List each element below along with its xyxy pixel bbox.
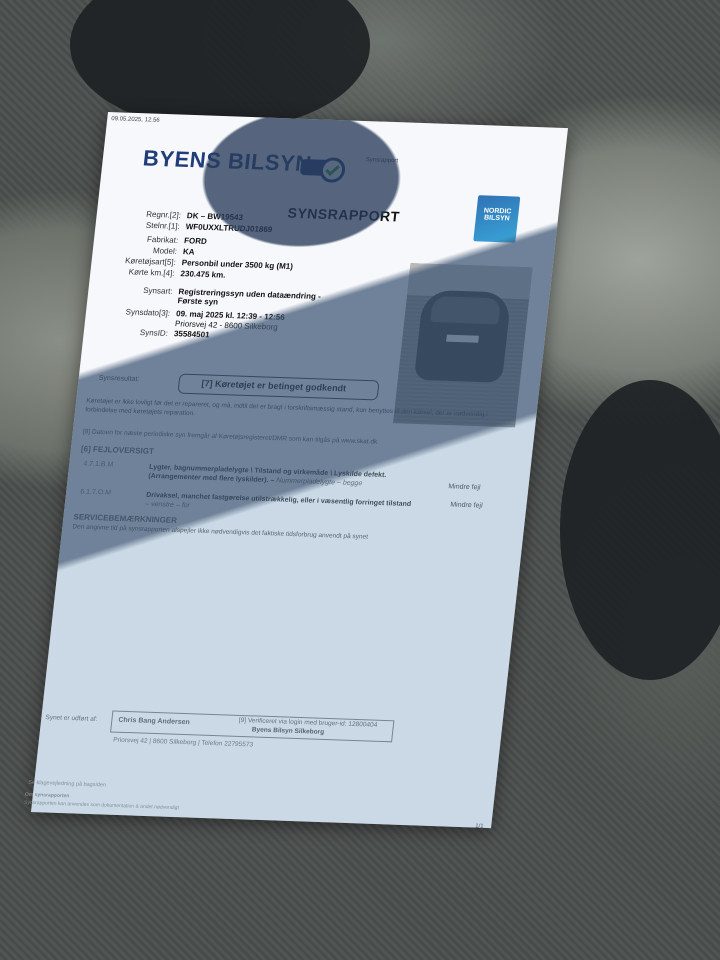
fault-code: 6.1.7.O.M bbox=[80, 488, 112, 496]
next-inspection-note: [8] Datoen for næste periodiske syn frem… bbox=[82, 428, 377, 445]
header-right-label: Synsrapport bbox=[365, 157, 398, 164]
nordic-bilsyn-badge: NORDIC BILSYN bbox=[473, 195, 520, 242]
inspection-result: [7] Køretøjet er betinget godkendt bbox=[201, 378, 347, 393]
field-label: Kørte km.[4]: bbox=[94, 266, 175, 278]
report-title: SYNSRAPPORT bbox=[287, 205, 401, 225]
fault-severity: Mindre fejl bbox=[448, 483, 481, 491]
footer-complaint-note: Se klagevejledning på bagsiden bbox=[28, 780, 106, 789]
print-timestamp: 09.05.2025, 12.56 bbox=[111, 116, 160, 124]
field-label: Synsart: bbox=[92, 284, 173, 296]
make: FORD bbox=[184, 236, 208, 246]
field-label: Køretøjsart[5]: bbox=[95, 255, 176, 267]
service-note: Den angivne tid på synsrapporten afspejl… bbox=[72, 523, 368, 540]
field-label: Synsdato[3]: bbox=[90, 306, 171, 318]
station-name: Byens Bilsyn Silkeborg bbox=[251, 726, 324, 736]
inspection-type: Registreringssyn uden dataændring - Førs… bbox=[177, 287, 329, 310]
signature-label: Synet er udført af: bbox=[45, 714, 98, 723]
fault-description: Lygter, bagnummerpladelygte \ Tilstand o… bbox=[148, 463, 430, 491]
vin-number: WF0UXXLTRUDJ01869 bbox=[185, 222, 273, 234]
model: KA bbox=[182, 247, 195, 256]
station-address: Priorsvej 42 | 8600 Silkeborg | Telefon … bbox=[113, 737, 254, 749]
fault-detail: Nummerpladelygte – begge bbox=[276, 477, 363, 487]
fault-description: Drivaksel, manchet fastgørelse utilstræk… bbox=[145, 491, 447, 520]
inspector-name: Chris Bang Andersen bbox=[118, 717, 190, 726]
faults-heading: [6] FEJLOVERSIGT bbox=[80, 444, 154, 456]
field-label: Stelnr.[1]: bbox=[99, 219, 180, 231]
company-logo: BYENS BILSYN bbox=[142, 145, 313, 177]
field-label: Fabrikat: bbox=[98, 233, 179, 245]
inspection-report-paper: 09.05.2025, 12.56 Synsrapport BYENS BILS… bbox=[31, 112, 568, 828]
result-label: Synsresultat: bbox=[98, 375, 139, 383]
fault-severity: Mindre fejl bbox=[450, 501, 483, 509]
page-number: 1/1 bbox=[475, 824, 484, 830]
vehicle-photo bbox=[393, 263, 533, 427]
inspection-id: 35584501 bbox=[173, 329, 210, 339]
inspection-result-box: [7] Køretøjet er betinget godkendt bbox=[177, 374, 379, 401]
field-label: Regnr.[2]: bbox=[100, 208, 181, 220]
field-label: SynsID: bbox=[87, 326, 168, 338]
odometer: 230.475 km. bbox=[180, 269, 226, 280]
car-check-logo-icon bbox=[297, 151, 349, 187]
registration-number: DK – BW19543 bbox=[186, 211, 243, 222]
fault-detail: – venstre – for bbox=[145, 501, 191, 510]
footer-about-text: Synsrapporten kan anvendes som dokumenta… bbox=[24, 800, 179, 811]
fault-code: 4.7.1.B.M bbox=[83, 460, 114, 468]
field-label: Model: bbox=[96, 244, 177, 256]
